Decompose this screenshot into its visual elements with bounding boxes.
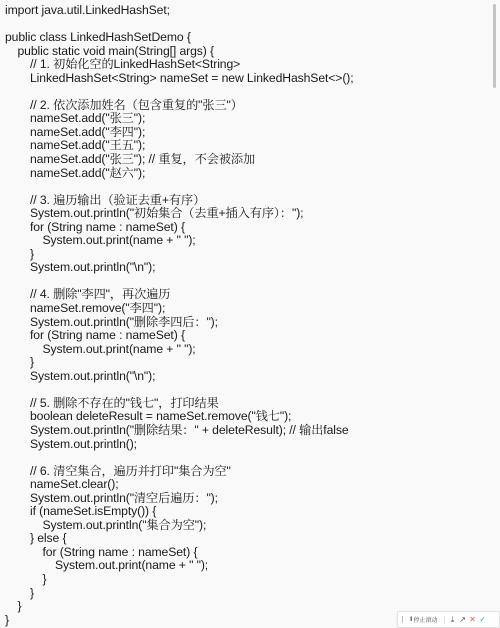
code-line: nameSet.add("张三"); // 重复，不会被添加 (5, 153, 480, 167)
code-line: // 1. 初始化空的LinkedHashSet<String> (5, 58, 480, 72)
download-icon[interactable]: ⤓ (448, 612, 458, 627)
stop-scroll-button[interactable]: II 停止滚动 (407, 615, 441, 624)
code-line: for (String name : nameSet) { (5, 221, 480, 235)
code-line: import java.util.LinkedHashSet; (5, 4, 480, 18)
drag-handle[interactable] (402, 616, 403, 623)
code-line: System.out.println(); (5, 438, 480, 452)
code-line: public class LinkedHashSetDemo { (5, 31, 480, 45)
code-line: } (5, 587, 480, 601)
confirm-check-icon[interactable]: ✓ (478, 612, 488, 627)
code-line: for (String name : nameSet) { (5, 546, 480, 560)
close-icon[interactable]: ✕ (468, 612, 478, 627)
code-line: nameSet.clear(); (5, 478, 480, 492)
code-line (5, 180, 480, 194)
share-icon[interactable]: ↗ (458, 612, 468, 627)
code-line: nameSet.add("赵六"); (5, 167, 480, 181)
pause-icon: II (410, 616, 412, 623)
stop-scroll-label: 停止滚动 (414, 615, 438, 624)
code-line: nameSet.add("王五"); (5, 139, 480, 153)
code-line (5, 18, 480, 32)
code-line: System.out.print(name + " "); (5, 343, 480, 357)
code-line: } (5, 356, 480, 370)
code-line: } (5, 573, 480, 587)
code-line: System.out.println("清空后遍历："); (5, 492, 480, 506)
code-line (5, 451, 480, 465)
code-line: // 4. 删除"李四"，再次遍历 (5, 288, 480, 302)
code-line: nameSet.add("李四"); (5, 126, 480, 140)
code-line: System.out.println("\n"); (5, 261, 480, 275)
code-line: System.out.println("\n"); (5, 370, 480, 384)
code-line: } (5, 248, 480, 262)
code-line: System.out.print(name + " "); (5, 559, 480, 573)
scroll-capture-toolbar: II 停止滚动 ⤓ ↗ ✕ ✓ (397, 611, 500, 628)
code-line: System.out.println("集合为空"); (5, 519, 480, 533)
code-editor[interactable]: import java.util.LinkedHashSet;public cl… (5, 4, 480, 627)
code-line (5, 383, 480, 397)
scrollbar-thumb[interactable] (493, 4, 496, 88)
code-line: } else { (5, 532, 480, 546)
code-line: // 2. 依次添加姓名（包含重复的"张三"） (5, 99, 480, 113)
code-line: System.out.println("删除李四后："); (5, 316, 480, 330)
code-line: nameSet.add("张三"); (5, 112, 480, 126)
code-line: System.out.print(name + " "); (5, 234, 480, 248)
code-line: boolean deleteResult = nameSet.remove("钱… (5, 410, 480, 424)
vertical-scrollbar[interactable] (490, 0, 500, 628)
code-line: System.out.println("初始集合（去重+插入有序）："); (5, 207, 480, 221)
code-line: nameSet.remove("李四"); (5, 302, 480, 316)
code-line (5, 85, 480, 99)
code-line: if (nameSet.isEmpty()) { (5, 505, 480, 519)
code-line: LinkedHashSet<String> nameSet = new Link… (5, 72, 480, 86)
code-line: // 6. 清空集合，遍历并打印"集合为空" (5, 465, 480, 479)
code-line: System.out.println("删除结果：" + deleteResul… (5, 424, 480, 438)
code-line: for (String name : nameSet) { (5, 329, 480, 343)
toolbar-divider (444, 616, 445, 624)
